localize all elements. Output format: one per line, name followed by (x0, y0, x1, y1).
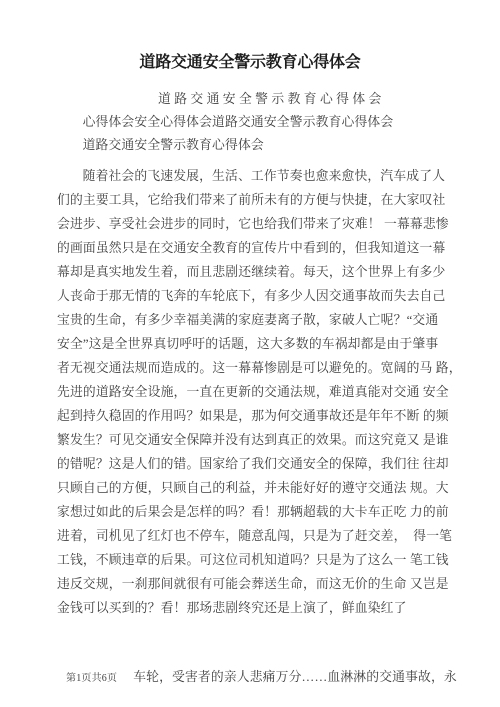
body-text-line: 会进步、享受社会进步的同时，它也给我们带来了灾难！ 一幕幕悲惨 (57, 212, 450, 236)
body-text-line: 只顾自己的方便，只顾自己的利益，并未能好好的遵守交通法 规。大 (57, 476, 450, 500)
body-text-line: 随着社会的飞速发展，生活、工作节奏也愈来愈快，汽车成了人 (57, 164, 450, 188)
body-text-line: 们的主要工具，它给我们带来了前所未有的方便与快捷，在大家叹社 (57, 188, 450, 212)
body-text-line: 进着，司机见了红灯也不停车，随意乱闯，只是为了赶交差， 得一笔 (57, 524, 450, 548)
document-body: 随着社会的飞速发展，生活、工作节奏也愈来愈快，汽车成了人们的主要工具，它给我们带… (57, 164, 450, 620)
body-text-line: 起到持久稳固的作用吗？如果是，那为何交通事故还是年年不断 的频 (57, 404, 450, 428)
body-text-line: 的错呢？这是人们的错。国家给了我们交通安全的保障，我们往 往却 (57, 452, 450, 476)
body-text-line: 金钱可以买到的？看！那场悲剧终究还是上演了，鲜血染红了 (57, 596, 450, 620)
document-subtitle: 道路交通安全警示教育心得体会 (57, 88, 450, 111)
footer-continuation-text: 车轮，受害者的亲人悲痛万分……血淋淋的交通事故，永 (133, 670, 457, 684)
body-text-line: 宝贵的生命，有多少幸福美满的家庭妻离子散，家破人亡呢？“交通 (57, 308, 450, 332)
body-text-line: 幕却是真实地发生着，而且悲剧还继续着。每天，这个世界上有多少 (57, 260, 450, 284)
document-title: 道路交通安全警示教育心得体会 (50, 52, 450, 74)
body-text-line: 人丧命于那无情的飞奔的车轮底下，有多少人因交通事故而失去自己 (57, 284, 450, 308)
body-text-line: 者无视交通法规而造成的。这一幕幕惨剧是可以避免的。宽阔的马 路， (57, 356, 450, 380)
body-text-line: 工钱，不顾违章的后果。可这位司机知道吗？只是为了这么一 笔工钱 (57, 548, 450, 572)
body-text-line: 繁发生？可见交通安全保障并没有达到真正的效果。而这究竟又 是谁 (57, 428, 450, 452)
keywords-line: 心得体会安全心得体会道路交通安全警示教育心得体会 (57, 111, 450, 134)
body-text-line: 家想过如此的后果会是怎样的吗？看！那辆超载的大卡车正吃 力的前 (57, 500, 450, 524)
document-page: 道路交通安全警示教育心得体会 道路交通安全警示教育心得体会 心得体会安全心得体会… (0, 0, 500, 707)
body-text-line: 先进的道路安全设施，一直在更新的交通法规，难道真能对交通 安全 (57, 380, 450, 404)
page-number-indicator: 第1页共6页 (66, 673, 117, 684)
body-text-line: 的画面虽然只是在交通安全教育的宣传片中看到的，但我知道这一幕 (57, 236, 450, 260)
body-text-line: 违反交规，一刹那间就很有可能会葬送生命，而这无价的生命 又岂是 (57, 572, 450, 596)
body-text-line: 安全”这是全世界真切呼吁的话题，这大多数的车祸却都是由于肇事 (57, 332, 450, 356)
section-heading: 道路交通安全警示教育心得体会 (57, 134, 450, 157)
page-footer: 第1页共6页车轮，受害者的亲人悲痛万分……血淋淋的交通事故，永 (50, 648, 457, 704)
